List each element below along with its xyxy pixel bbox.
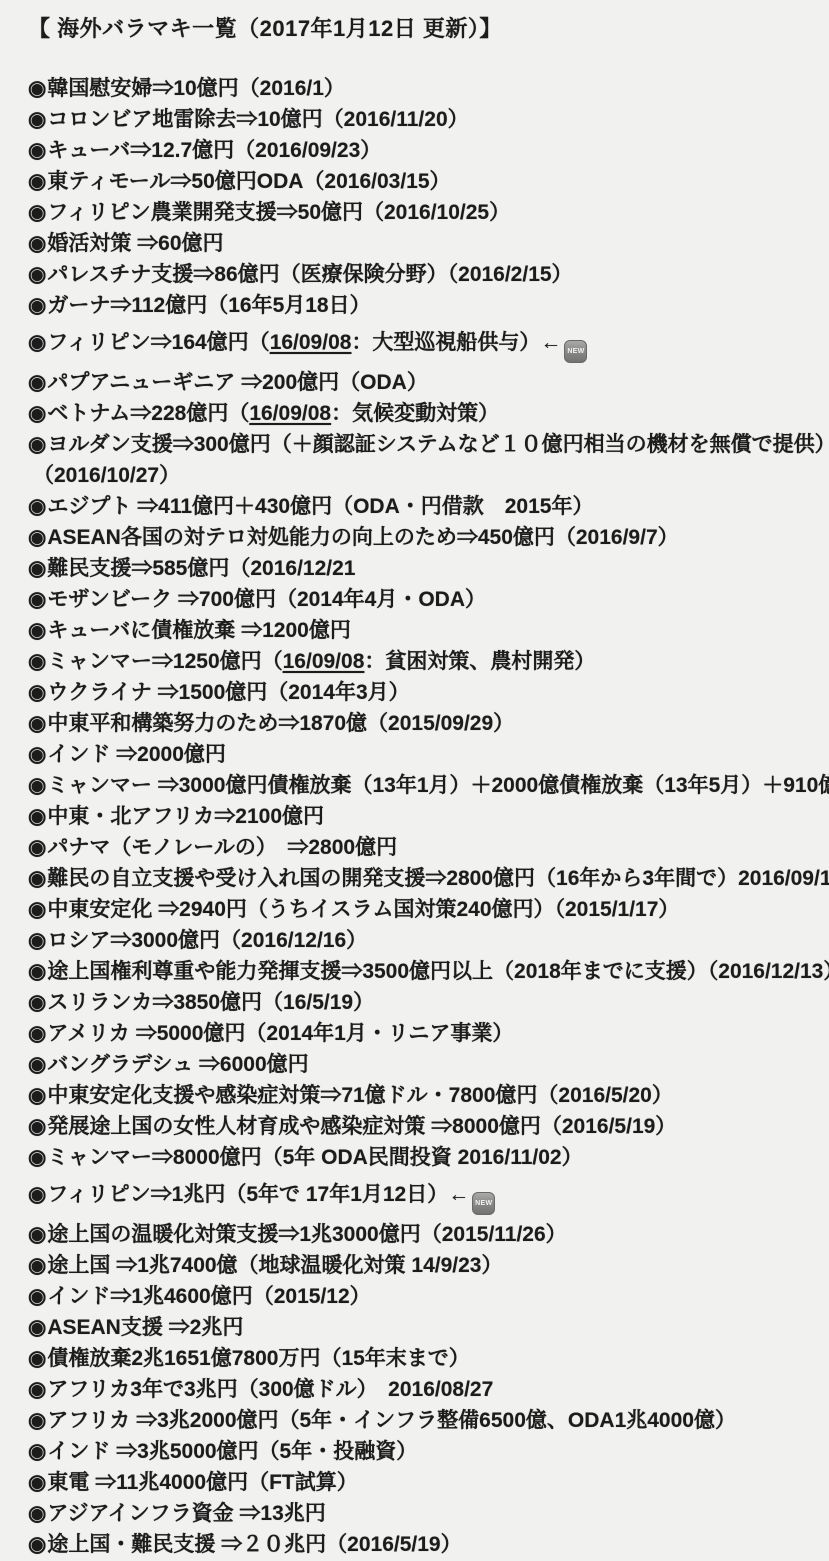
list-item: ◉パレスチナ支援⇒86億円（医療保険分野）（2016/2/15） (28, 264, 819, 286)
list-item: ◉モザンビーク ⇒700億円（2014年4月・ODA） (28, 589, 819, 611)
list-item: ◉東電 ⇒11兆4000億円（FT試算） (28, 1472, 819, 1494)
bullet-icon: ◉ (28, 371, 46, 394)
item-text: アフリカ3年で3兆円（300億ドル） 2016/08/27 (47, 1378, 493, 1401)
list-item: ◉ミャンマー ⇒3000億円債権放棄（13年1月）＋2000億債権放棄（13年5… (28, 775, 819, 797)
new-badge-icon: NEW (472, 1192, 495, 1215)
list-item: ◉フィリピン農業開発支援⇒50億円（2016/10/25） (28, 202, 819, 224)
bullet-icon: ◉ (28, 1471, 46, 1494)
list-item: ◉エジプト ⇒411億円＋430億円（ODA・円借款 2015年） (28, 496, 819, 518)
item-text: ：貧困対策、農村開発） (364, 650, 595, 673)
list-item: ◉中東安定化 ⇒2940円（うちイスラム国対策240億円）（2015/1/17） (28, 899, 819, 921)
list-item: ◉スリランカ⇒3850億円（16/5/19） (28, 992, 819, 1014)
list-item: ◉アメリカ ⇒5000億円（2014年1月・リニア事業） (28, 1023, 819, 1045)
list-item: ◉難民支援⇒585億円（2016/12/21 (28, 558, 819, 580)
item-text: エジプト ⇒411億円＋430億円（ODA・円借款 2015年） (47, 495, 593, 518)
item-text: 中東平和構築努力のため⇒1870億（2015/09/29） (47, 712, 514, 735)
list-item: ◉発展途上国の女性人材育成や感染症対策 ⇒8000億円（2016/5/19） (28, 1116, 819, 1138)
item-text: インド⇒1兆4600億円（2015/12） (47, 1285, 370, 1308)
bullet-icon: ◉ (28, 1316, 46, 1339)
list-item: ◉中東安定化支援や感染症対策⇒71億ドル・7800億円（2016/5/20） (28, 1085, 819, 1107)
bullet-icon: ◉ (28, 712, 46, 735)
bullet-icon: ◉ (28, 1285, 46, 1308)
item-text: パナマ（モノレールの） ⇒2800億円 (47, 836, 397, 859)
bullet-icon: ◉ (28, 619, 46, 642)
bullet-icon: ◉ (28, 77, 46, 100)
item-text: アメリカ ⇒5000億円（2014年1月・リニア事業） (47, 1022, 513, 1045)
bullet-icon: ◉ (28, 1502, 46, 1525)
bullet-icon: ◉ (28, 898, 46, 921)
item-text: ロシア⇒3000億円（2016/12/16） (47, 929, 367, 952)
item-text: ベトナム⇒228億円（ (47, 402, 249, 425)
underlined-date[interactable]: 16/09/08 (249, 402, 331, 425)
bullet-icon: ◉ (28, 1022, 46, 1045)
list-item: ◉インド⇒1兆4600億円（2015/12） (28, 1286, 819, 1308)
list-item: ◉バングラデシュ ⇒6000億円 (28, 1054, 819, 1076)
underlined-date[interactable]: 16/09/08 (270, 331, 352, 354)
bullet-icon: ◉ (28, 557, 46, 580)
list-item: ◉ヨルダン支援⇒300億円（＋顔認証システムなど１０億円相当の機材を無償で提供） (28, 434, 819, 456)
list-item: ◉アフリカ3年で3兆円（300億ドル） 2016/08/27 (28, 1379, 819, 1401)
item-text: 中東安定化支援や感染症対策⇒71億ドル・7800億円（2016/5/20） (47, 1084, 673, 1107)
list-item: ◉ミャンマー⇒1250億円（16/09/08：貧困対策、農村開発） (28, 651, 819, 673)
list-item: ◉途上国・難民支援 ⇒２０兆円（2016/5/19） (28, 1534, 819, 1556)
item-text: 難民支援⇒585億円（2016/12/21 (47, 557, 355, 580)
item-text: ウクライナ ⇒1500億円（2014年3月） (47, 681, 409, 704)
bullet-icon: ◉ (28, 139, 46, 162)
item-text: ：気候変動対策） (331, 402, 499, 425)
list-item: ◉ウクライナ ⇒1500億円（2014年3月） (28, 682, 819, 704)
bullet-icon: ◉ (28, 495, 46, 518)
bullet-icon: ◉ (28, 232, 46, 255)
list-item: ◉債権放棄2兆1651億7800万円（15年末まで） (28, 1348, 819, 1370)
item-text: スリランカ⇒3850億円（16/5/19） (47, 991, 374, 1014)
list-item: ◉フィリピン⇒1兆円（5年で 17年1月12日）←NEW (28, 1184, 819, 1215)
list-item: ◉アフリカ ⇒3兆2000億円（5年・インフラ整備6500億、ODA1兆4000… (28, 1410, 819, 1432)
bullet-icon: ◉ (28, 170, 46, 193)
bullet-icon: ◉ (28, 1533, 46, 1556)
bullet-icon: ◉ (28, 331, 46, 354)
list-item: ◉インド ⇒3兆5000億円（5年・投融資） (28, 1441, 819, 1463)
bullet-icon: ◉ (28, 201, 46, 224)
bullet-icon: ◉ (28, 1053, 46, 1076)
bullet-icon: ◉ (28, 433, 46, 456)
item-text: ガーナ⇒112億円（16年5月18日） (47, 294, 370, 317)
bullet-icon: ◉ (28, 1146, 46, 1169)
list-item: ◉ロシア⇒3000億円（2016/12/16） (28, 930, 819, 952)
list-item: ◉中東平和構築努力のため⇒1870億（2015/09/29） (28, 713, 819, 735)
bullet-icon: ◉ (28, 108, 46, 131)
item-text: アジアインフラ資金 ⇒13兆円 (47, 1502, 325, 1525)
list-item: ◉韓国慰安婦⇒10億円（2016/1） (28, 78, 819, 100)
item-text: 途上国・難民支援 ⇒２０兆円（2016/5/19） (47, 1533, 461, 1556)
aid-list: ◉韓国慰安婦⇒10億円（2016/1）◉コロンビア地雷除去⇒10億円（2016/… (28, 78, 819, 1556)
new-badge-icon: NEW (564, 340, 587, 363)
item-text: コロンビア地雷除去⇒10億円（2016/11/20） (47, 108, 468, 131)
bullet-icon: ◉ (28, 743, 46, 766)
item-text: 途上国の温暖化対策支援⇒1兆3000億円（2015/11/26） (47, 1223, 566, 1246)
item-text: フィリピン農業開発支援⇒50億円（2016/10/25） (47, 201, 510, 224)
item-text: インド ⇒3兆5000億円（5年・投融資） (47, 1440, 417, 1463)
bullet-icon: ◉ (28, 588, 46, 611)
list-item: ◉途上国権利尊重や能力発揮支援⇒3500億円以上（2018年までに支援）（201… (28, 961, 819, 983)
bullet-icon: ◉ (28, 1347, 46, 1370)
list-item: ◉ミャンマー⇒8000億円（5年 ODA民間投資 2016/11/02） (28, 1147, 819, 1169)
bullet-icon: ◉ (28, 929, 46, 952)
bullet-icon: ◉ (28, 774, 46, 797)
bullet-icon: ◉ (28, 960, 46, 983)
item-text: フィリピン⇒164億円（ (47, 331, 269, 354)
item-text: 東ティモール⇒50億円ODA（2016/03/15） (47, 170, 450, 193)
bullet-icon: ◉ (28, 650, 46, 673)
bullet-icon: ◉ (28, 1223, 46, 1246)
item-text: アフリカ ⇒3兆2000億円（5年・インフラ整備6500億、ODA1兆4000億… (47, 1409, 736, 1432)
item-text: 途上国権利尊重や能力発揮支援⇒3500億円以上（2018年までに支援）（2016… (47, 960, 829, 983)
bullet-icon: ◉ (28, 1115, 46, 1138)
item-text: 韓国慰安婦⇒10億円（2016/1） (47, 77, 345, 100)
list-item: ◉婚活対策 ⇒60億円 (28, 233, 819, 255)
item-text: 婚活対策 ⇒60億円 (47, 232, 223, 255)
item-text: パプアニューギニア ⇒200億円（ODA） (47, 371, 428, 394)
list-item-continuation: （2016/10/27） (28, 465, 819, 487)
list-item: ◉ベトナム⇒228億円（16/09/08：気候変動対策） (28, 403, 819, 425)
item-text: 東電 ⇒11兆4000億円（FT試算） (47, 1471, 357, 1494)
bullet-icon: ◉ (28, 1378, 46, 1401)
item-text: ：大型巡視船供与）← (351, 331, 561, 354)
item-text: キューバ⇒12.7億円（2016/09/23） (47, 139, 381, 162)
item-text: （2016/10/27） (33, 464, 180, 487)
item-text: ミャンマー⇒8000億円（5年 ODA民間投資 2016/11/02） (47, 1146, 582, 1169)
item-text: モザンビーク ⇒700億円（2014年4月・ODA） (47, 588, 486, 611)
list-item: ◉ASEAN各国の対テロ対処能力の向上のため⇒450億円（2016/9/7） (28, 527, 819, 549)
item-text: キューバに債権放棄 ⇒1200億円 (47, 619, 351, 642)
item-text: 途上国 ⇒1兆7400億（地球温暖化対策 14/9/23） (47, 1254, 502, 1277)
item-text: インド ⇒2000億円 (47, 743, 226, 766)
list-item: ◉東ティモール⇒50億円ODA（2016/03/15） (28, 171, 819, 193)
item-text: 中東・北アフリカ⇒2100億円 (47, 805, 324, 828)
bullet-icon: ◉ (28, 1183, 46, 1206)
bullet-icon: ◉ (28, 294, 46, 317)
bullet-icon: ◉ (28, 836, 46, 859)
bullet-icon: ◉ (28, 1409, 46, 1432)
bullet-icon: ◉ (28, 526, 46, 549)
bullet-icon: ◉ (28, 402, 46, 425)
item-text: 難民の自立支援や受け入れ国の開発支援⇒2800億円（16年から3年間で）2016… (47, 867, 829, 890)
list-item: ◉途上国の温暖化対策支援⇒1兆3000億円（2015/11/26） (28, 1224, 819, 1246)
bullet-icon: ◉ (28, 681, 46, 704)
list-item: ◉フィリピン⇒164億円（16/09/08：大型巡視船供与）←NEW (28, 332, 819, 363)
bullet-icon: ◉ (28, 1254, 46, 1277)
item-text: ASEAN各国の対テロ対処能力の向上のため⇒450億円（2016/9/7） (47, 526, 678, 549)
item-text: バングラデシュ ⇒6000億円 (47, 1053, 308, 1076)
item-text: 債権放棄2兆1651億7800万円（15年末まで） (47, 1347, 469, 1370)
document-page: 【 海外バラマキ一覧（2017年1月12日 更新）】 ◉韓国慰安婦⇒10億円（2… (0, 0, 829, 1561)
item-text: 発展途上国の女性人材育成や感染症対策 ⇒8000億円（2016/5/19） (47, 1115, 676, 1138)
bullet-icon: ◉ (28, 867, 46, 890)
bullet-icon: ◉ (28, 1084, 46, 1107)
underlined-date[interactable]: 16/09/08 (283, 650, 365, 673)
bullet-icon: ◉ (28, 805, 46, 828)
item-text: ミャンマー⇒1250億円（ (47, 650, 282, 673)
item-text: ASEAN支援 ⇒2兆円 (47, 1316, 243, 1339)
list-item: ◉コロンビア地雷除去⇒10億円（2016/11/20） (28, 109, 819, 131)
item-text: ヨルダン支援⇒300億円（＋顔認証システムなど１０億円相当の機材を無償で提供） (47, 433, 829, 456)
list-item: ◉アジアインフラ資金 ⇒13兆円 (28, 1503, 819, 1525)
item-text: フィリピン⇒1兆円（5年で 17年1月12日）← (47, 1183, 469, 1206)
bullet-icon: ◉ (28, 1440, 46, 1463)
list-item: ◉途上国 ⇒1兆7400億（地球温暖化対策 14/9/23） (28, 1255, 819, 1277)
list-item: ◉ガーナ⇒112億円（16年5月18日） (28, 295, 819, 317)
page-title: 【 海外バラマキ一覧（2017年1月12日 更新）】 (28, 16, 819, 42)
list-item: ◉難民の自立支援や受け入れ国の開発支援⇒2800億円（16年から3年間で）201… (28, 868, 819, 890)
bullet-icon: ◉ (28, 263, 46, 286)
list-item: ◉パナマ（モノレールの） ⇒2800億円 (28, 837, 819, 859)
bullet-icon: ◉ (28, 991, 46, 1014)
item-text: ミャンマー ⇒3000億円債権放棄（13年1月）＋2000億債権放棄（13年5月… (47, 774, 829, 797)
item-text: 中東安定化 ⇒2940円（うちイスラム国対策240億円）（2015/1/17） (47, 898, 679, 921)
list-item: ◉キューバ⇒12.7億円（2016/09/23） (28, 140, 819, 162)
list-item: ◉インド ⇒2000億円 (28, 744, 819, 766)
item-text: パレスチナ支援⇒86億円（医療保険分野）（2016/2/15） (47, 263, 572, 286)
list-item: ◉キューバに債権放棄 ⇒1200億円 (28, 620, 819, 642)
list-item: ◉パプアニューギニア ⇒200億円（ODA） (28, 372, 819, 394)
list-item: ◉ASEAN支援 ⇒2兆円 (28, 1317, 819, 1339)
list-item: ◉中東・北アフリカ⇒2100億円 (28, 806, 819, 828)
